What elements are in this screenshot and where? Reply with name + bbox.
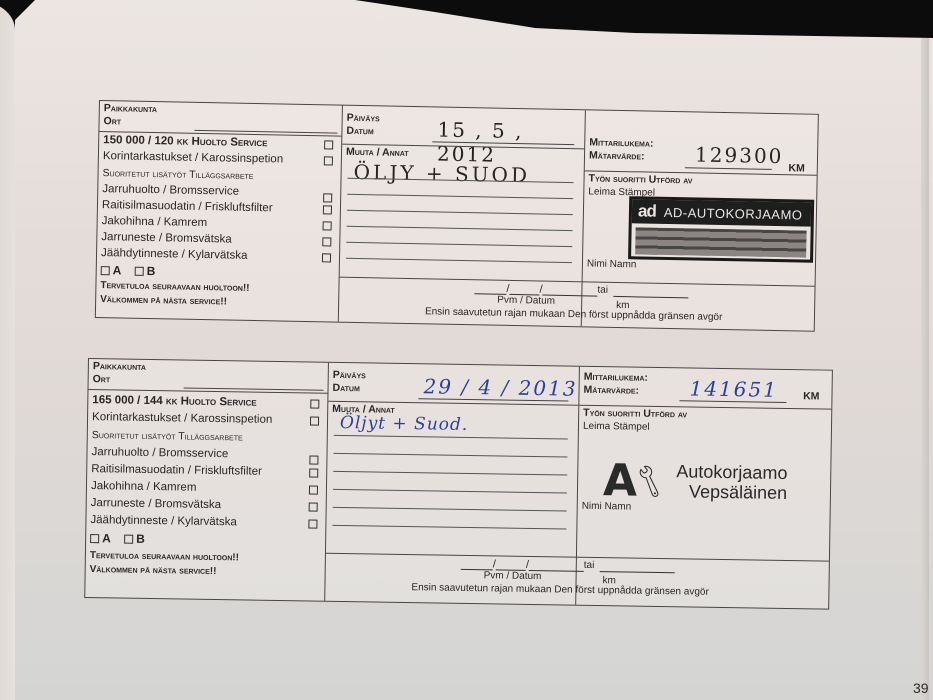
next-service-row: // tai Pvm / Datum km Ensin saavutetun r…	[325, 553, 829, 609]
av-logo-icon: A	[603, 455, 632, 506]
item-label: Jarruhuolto / Bromsservice	[91, 446, 228, 460]
checkbox[interactable]	[309, 468, 318, 477]
item-label: Jäähdytinneste / Kylarvätska	[101, 247, 248, 262]
checkbox-service[interactable]	[310, 399, 319, 408]
item-label: Raitisilmasuodatin / Friskluftsfilter	[102, 199, 273, 214]
place-label-fi: Paikkakunta	[104, 102, 157, 116]
stamp-line-1: Autokorjaamo	[676, 462, 787, 484]
checkbox-b[interactable]	[135, 267, 144, 276]
option-b-label: B	[147, 264, 156, 278]
checkbox-b[interactable]	[124, 535, 133, 544]
checklist-item: Jarruneste / Bromsvätska	[101, 231, 331, 247]
checkbox[interactable]	[322, 237, 331, 246]
checkbox[interactable]	[323, 193, 332, 202]
service-title: 150 000 / 120 kk Huolto Service	[103, 134, 268, 149]
checklist-item: Jarruhuolto / Bromsservice	[91, 446, 318, 462]
checklist-item: Jakohihna / Kamrem	[102, 215, 332, 231]
checklist-item: Korintarkastukset / Karossinspetion	[103, 150, 333, 166]
date-label: Päiväys Datum	[346, 112, 380, 138]
welcome-text: Tervetuloa seuraavaan huoltoon!! Välkomm…	[100, 279, 250, 309]
welcome-text: Tervetuloa seuraavaan huoltoon!! Välkomm…	[90, 549, 240, 578]
performed-by-label: Työn suoritti Utförd av	[583, 407, 687, 421]
odometer-label-fi: Mittarilukema:	[589, 136, 653, 150]
checkbox[interactable]	[322, 253, 331, 262]
next-date-label: Pvm / Datum	[497, 295, 555, 307]
extra-work-label: Suoritetut lisätyöt Tilläggsarbete	[102, 167, 332, 183]
stamp-name: Autokorjaamo Vepsäläinen	[676, 462, 788, 503]
stamp-text: AD-AUTOKORJAAMO	[664, 204, 803, 222]
service-title-row: 165 000 / 144 kk Huolto Service	[92, 394, 319, 410]
notes-line[interactable]	[334, 435, 568, 440]
odometer-label-sv: Mätarvärde:	[583, 383, 647, 397]
welcome-sv: Välkommen på nästa service!!	[90, 563, 239, 579]
option-a-label: A	[102, 531, 111, 545]
odometer-value[interactable]: 129300	[695, 142, 784, 168]
next-service-row: // tai Pvm / Datum km Ensin saavutetun r…	[339, 277, 815, 331]
item-label: Jäähdytinneste / Kylarvätska	[90, 514, 237, 528]
notes-line[interactable]	[346, 242, 572, 247]
name-label: Nimi Namn	[587, 258, 637, 270]
checkbox-service[interactable]	[324, 140, 333, 149]
checkbox[interactable]	[308, 519, 317, 528]
next-date-blanks[interactable]: //	[461, 558, 584, 572]
date-label-fi: Päiväys	[333, 369, 366, 382]
service-title-row: 150 000 / 120 kk Huolto Service	[103, 134, 333, 150]
left-page-edge	[0, 0, 15, 700]
or-label: tai	[584, 560, 595, 571]
stamp-line-2: Vepsäläinen	[676, 482, 787, 504]
odometer-label-fi: Mittarilukema:	[584, 371, 648, 385]
service-title: 165 000 / 144 kk Huolto Service	[92, 394, 257, 409]
odometer-label: Mittarilukema: Mätarvärde:	[589, 136, 654, 162]
workshop-stamp: adAD-AUTOKORJAAMO	[628, 196, 814, 263]
checkbox[interactable]	[309, 485, 318, 494]
item-label: Jarruneste / Bromsvätska	[91, 497, 222, 511]
other-value[interactable]: ÖLJY + SUOD	[353, 160, 530, 187]
item-label: Korintarkastukset / Karossinspetion	[92, 411, 272, 426]
welcome-sv: Välkommen på nästa service!!	[100, 293, 249, 309]
checklist-item: Jarruneste / Bromsvätska	[91, 497, 318, 513]
checklist-item: Jäähdytinneste / Kylarvätska	[90, 514, 317, 530]
notes-line[interactable]	[347, 226, 573, 231]
first-limit-note: Ensin saavutetun rajan mukaan Den först …	[411, 582, 709, 598]
checkbox[interactable]	[310, 416, 319, 425]
item-label: Jakohihna / Kamrem	[102, 215, 208, 229]
date-label-sv: Datum	[346, 124, 379, 137]
item-label: Raitisilmasuodatin / Friskluftsfilter	[91, 463, 262, 478]
odometer-value[interactable]: 141651	[689, 376, 778, 401]
or-label: tai	[597, 285, 608, 296]
checklist-item: Raitisilmasuodatin / Friskluftsfilter	[102, 199, 332, 215]
place-label-sv: Ort	[93, 373, 146, 386]
date-value[interactable]: 29 / 4 / 2013	[423, 374, 577, 400]
date-label-fi: Päiväys	[347, 112, 380, 125]
next-km-blank[interactable]	[613, 296, 688, 298]
service-record-card-2: Paikkakunta Ort 165 000 / 144 kk Huolto …	[84, 358, 833, 610]
item-label: Jarruhuolto / Bromsservice	[102, 183, 239, 198]
checkbox-a[interactable]	[90, 534, 99, 543]
ad-logo-icon: ad	[638, 201, 656, 221]
service-checklist: Paikkakunta Ort 165 000 / 144 kk Huolto …	[85, 359, 329, 601]
checklist-item: Raitisilmasuodatin / Friskluftsfilter	[91, 463, 318, 479]
checkbox-a[interactable]	[101, 266, 110, 275]
stamp-address-illegible	[635, 227, 806, 257]
odometer-unit: KM	[788, 162, 805, 174]
checkbox[interactable]	[323, 205, 332, 214]
name-label: Nimi Namn	[582, 501, 632, 513]
service-record-card-1: Paikkakunta Ort 150 000 / 120 kk Huolto …	[95, 100, 819, 332]
odometer-label: Mittarilukema: Mätarvärde:	[583, 371, 648, 397]
checklist-item: Korintarkastukset / Karossinspetion	[92, 411, 319, 427]
item-label: Korintarkastukset / Karossinspetion	[103, 150, 283, 165]
checkbox[interactable]	[323, 221, 332, 230]
notes-line[interactable]	[333, 489, 567, 494]
service-checklist: Paikkakunta Ort 150 000 / 120 kk Huolto …	[96, 101, 343, 322]
date-label: Päiväys Datum	[332, 369, 365, 395]
stamp-label: Leima Stämpel	[583, 421, 650, 433]
checkbox[interactable]	[309, 502, 318, 511]
notes-line[interactable]	[333, 471, 567, 476]
next-km-blank[interactable]	[600, 571, 675, 573]
performed-by-label: Työn suoritti Utförd av	[588, 172, 692, 187]
item-label: Jarruneste / Bromsvätska	[101, 231, 232, 246]
checklist-item: Jakohihna / Kamrem	[91, 480, 318, 496]
page-stack-edge	[921, 38, 929, 700]
date-label-sv: Datum	[332, 381, 365, 394]
option-b-label: B	[136, 532, 145, 546]
option-ab: A B	[90, 531, 145, 546]
wrench-icon: 🔧︎	[629, 461, 671, 502]
extra-work-label: Suoritetut lisätyöt Tilläggsarbete	[92, 429, 319, 445]
option-ab: A B	[101, 263, 156, 278]
notes-line[interactable]	[346, 258, 572, 263]
notes-line[interactable]	[347, 210, 573, 215]
place-label: Paikkakunta Ort	[103, 102, 157, 128]
other-label: Muuta / Annat	[346, 146, 409, 160]
odometer-label-sv: Mätarvärde:	[589, 149, 653, 163]
checklist-item: Jäähdytinneste / Kylarvätska	[101, 247, 331, 263]
notes-line[interactable]	[347, 194, 573, 199]
page-number: 39	[913, 680, 929, 696]
place-label-fi: Paikkakunta	[93, 360, 146, 373]
place-label-sv: Ort	[103, 115, 156, 129]
next-date-label: Pvm / Datum	[484, 570, 542, 582]
checklist-item: Jarruhuolto / Bromsservice	[102, 183, 332, 199]
option-a-label: A	[113, 263, 122, 277]
other-value[interactable]: Öljyt + Suod.	[340, 413, 469, 435]
checkbox[interactable]	[324, 156, 333, 165]
notes-line[interactable]	[332, 525, 566, 530]
notes-line[interactable]	[333, 507, 567, 512]
checkbox[interactable]	[309, 455, 318, 464]
notes-line[interactable]	[334, 453, 568, 458]
item-label: Jakohihna / Kamrem	[91, 480, 197, 494]
first-limit-note: Ensin saavutetun rajan mukaan Den först …	[425, 306, 723, 323]
place-label: Paikkakunta Ort	[93, 360, 147, 386]
odometer-unit: KM	[803, 390, 820, 402]
